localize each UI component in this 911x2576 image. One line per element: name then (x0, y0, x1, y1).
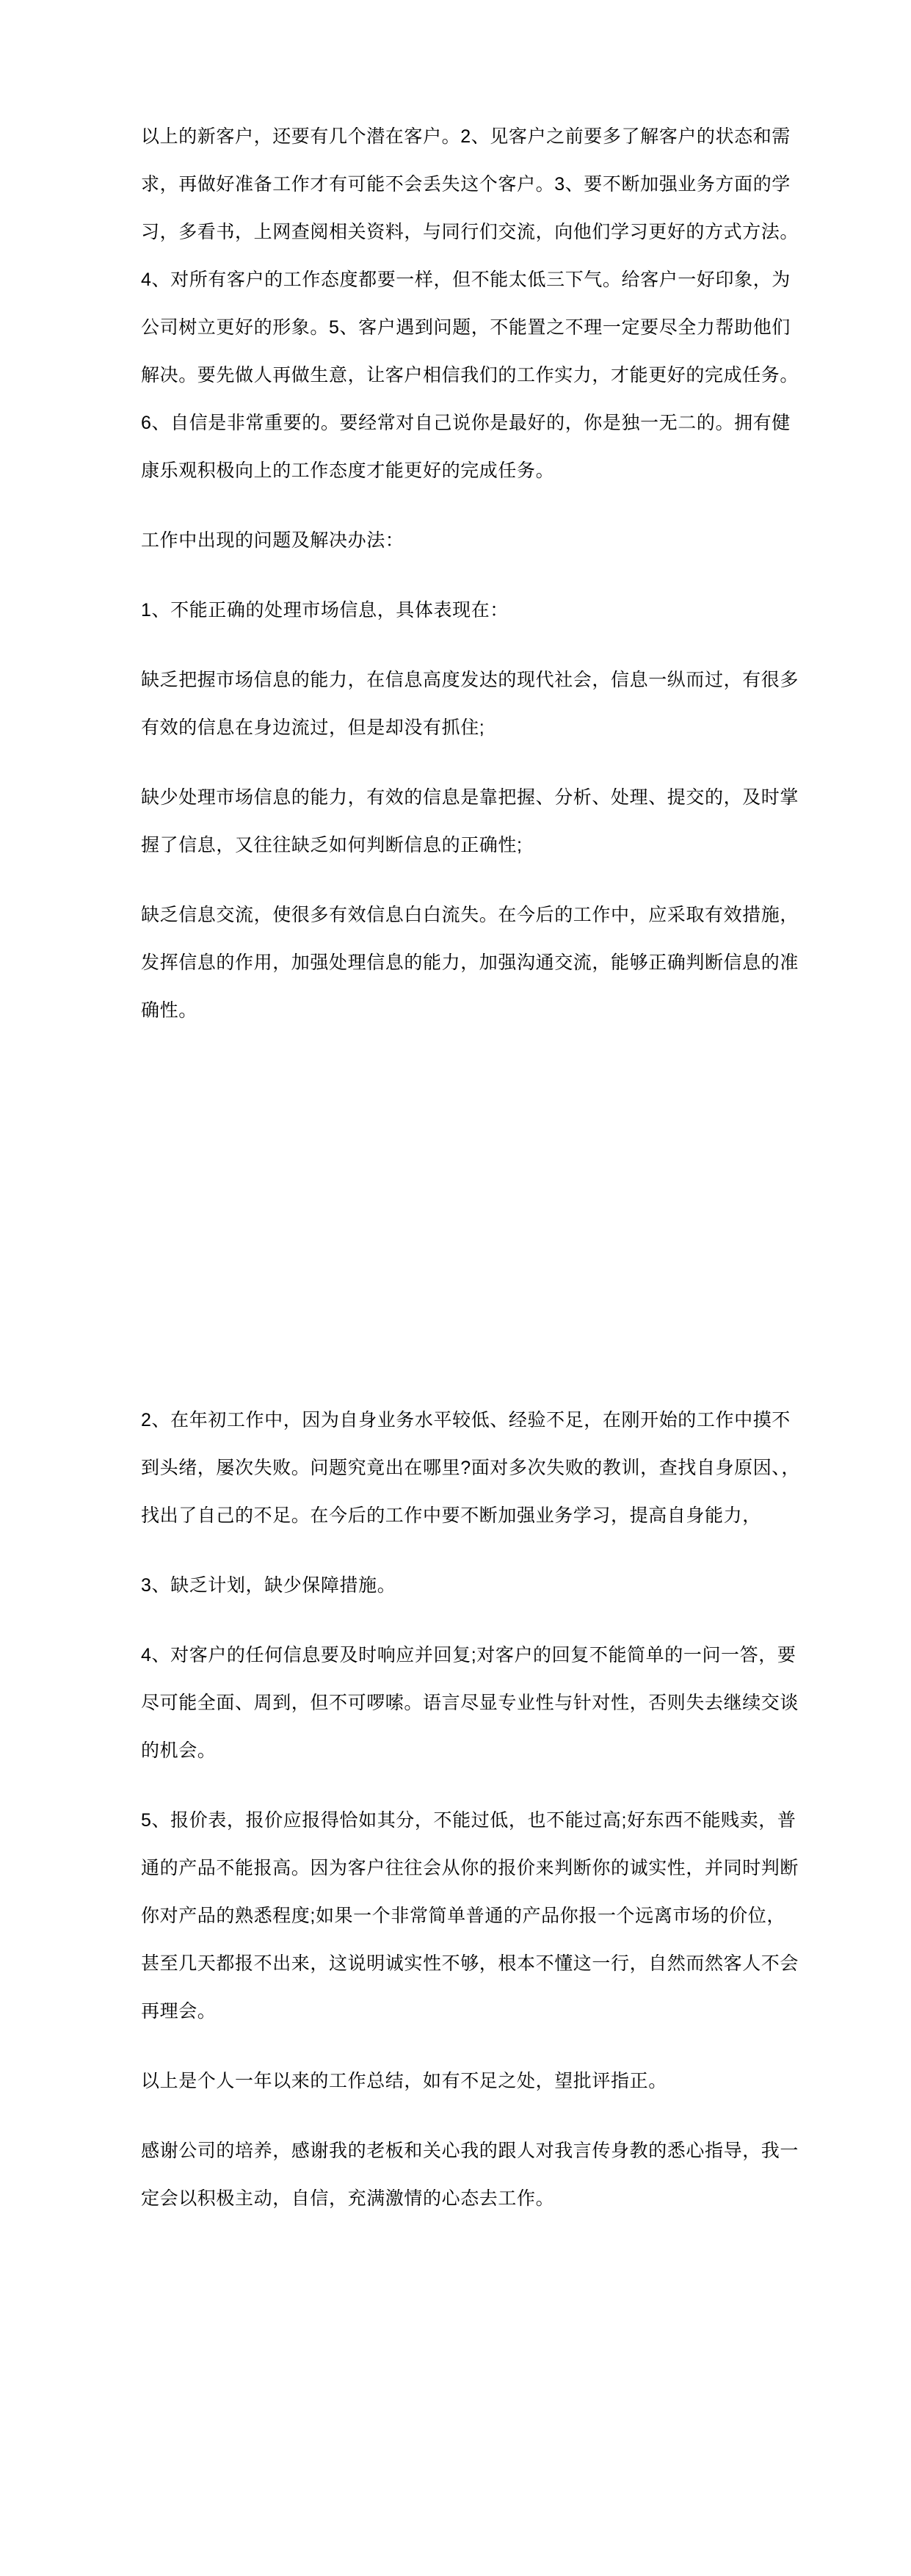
text-line: 到头绪，屡次失败。问题究竟出在哪里?面对多次失败的教训，查找自身原因、， (141, 1444, 816, 1492)
text-line: 4、对客户的任何信息要及时响应并回复;对客户的回复不能简单的一问一答，要 (141, 1632, 816, 1679)
paragraph: 1、不能正确的处理市场信息，具体表现在： (141, 587, 816, 634)
text-line: 定会以积极主动，自信，充满激情的心态去工作。 (141, 2175, 816, 2223)
paragraph: 感谢公司的培养，感谢我的老板和关心我的跟人对我言传身教的悉心指导，我一定会以积极… (141, 2127, 816, 2223)
text-line: 缺乏信息交流，使很多有效信息白白流失。在今后的工作中，应采取有效措施， (141, 891, 816, 939)
paragraph: 工作中出现的问题及解决办法： (141, 517, 816, 565)
paragraph: 5、报价表，报价应报得恰如其分，不能过低，也不能过高;好东西不能贱卖，普通的产品… (141, 1797, 816, 2036)
text-line: 康乐观积极向上的工作态度才能更好的完成任务。 (141, 447, 816, 495)
paragraph: 缺少处理市场信息的能力，有效的信息是靠把握、分析、处理、提交的，及时掌握了信息，… (141, 774, 816, 869)
paragraph: 4、对客户的任何信息要及时响应并回复;对客户的回复不能简单的一问一答，要尽可能全… (141, 1632, 816, 1775)
text-line: 3、缺乏计划，缺少保障措施。 (141, 1562, 816, 1610)
text-line: 的机会。 (141, 1727, 816, 1775)
text-line: 解决。要先做人再做生意，让客户相信我们的工作实力，才能更好的完成任务。 (141, 352, 816, 399)
text-line: 感谢公司的培养，感谢我的老板和关心我的跟人对我言传身教的悉心指导，我一 (141, 2127, 816, 2175)
paragraph: 2、在年初工作中，因为自身业务水平较低、经验不足，在刚开始的工作中摸不到头绪，屡… (141, 1397, 816, 1540)
text-line: 1、不能正确的处理市场信息，具体表现在： (141, 587, 816, 634)
paragraph: 以上是个人一年以来的工作总结，如有不足之处，望批评指正。 (141, 2058, 816, 2105)
text-line: 2、在年初工作中，因为自身业务水平较低、经验不足，在刚开始的工作中摸不 (141, 1397, 816, 1444)
text-line: 6、自信是非常重要的。要经常对自己说你是最好的，你是独一无二的。拥有健 (141, 399, 816, 447)
text-line: 握了信息，又往往缺乏如何判断信息的正确性; (141, 822, 816, 869)
text-line: 4、对所有客户的工作态度都要一样，但不能太低三下气。给客户一好印象，为 (141, 256, 816, 304)
text-line: 你对产品的熟悉程度;如果一个非常简单普通的产品你报一个远离市场的价位， (141, 1892, 816, 1940)
page-break-gap (141, 1057, 816, 1397)
paragraph: 缺乏把握市场信息的能力，在信息高度发达的现代社会，信息一纵而过，有很多有效的信息… (141, 656, 816, 752)
text-line: 找出了自己的不足。在今后的工作中要不断加强业务学习，提高自身能力， (141, 1492, 816, 1540)
text-line: 确性。 (141, 987, 816, 1035)
paragraph: 3、缺乏计划，缺少保障措施。 (141, 1562, 816, 1610)
text-line: 尽可能全面、周到，但不可啰嗦。语言尽显专业性与针对性，否则失去继续交谈 (141, 1679, 816, 1727)
text-line: 发挥信息的作用，加强处理信息的能力，加强沟通交流，能够正确判断信息的准 (141, 939, 816, 987)
text-line: 以上是个人一年以来的工作总结，如有不足之处，望批评指正。 (141, 2058, 816, 2105)
text-line: 工作中出现的问题及解决办法： (141, 517, 816, 565)
document-page: { "page": { "background_color": "#ffffff… (0, 0, 911, 2576)
paragraph: 以上的新客户，还要有几个潜在客户。2、见客户之前要多了解客户的状态和需求，再做好… (141, 113, 816, 495)
text-line: 以上的新客户，还要有几个潜在客户。2、见客户之前要多了解客户的状态和需 (141, 113, 816, 161)
text-line: 再理会。 (141, 1988, 816, 2036)
text-line: 甚至几天都报不出来，这说明诚实性不够，根本不懂这一行，自然而然客人不会 (141, 1940, 816, 1988)
text-line: 缺乏把握市场信息的能力，在信息高度发达的现代社会，信息一纵而过，有很多 (141, 656, 816, 704)
text-line: 5、报价表，报价应报得恰如其分，不能过低，也不能过高;好东西不能贱卖，普 (141, 1797, 816, 1845)
text-line: 公司树立更好的形象。5、客户遇到问题，不能置之不理一定要尽全力帮助他们 (141, 304, 816, 352)
text-line: 缺少处理市场信息的能力，有效的信息是靠把握、分析、处理、提交的，及时掌 (141, 774, 816, 822)
text-line: 通的产品不能报高。因为客户往往会从你的报价来判断你的诚实性，并同时判断 (141, 1845, 816, 1892)
text-line: 求，再做好准备工作才有可能不会丢失这个客户。3、要不断加强业务方面的学 (141, 161, 816, 209)
text-line: 有效的信息在身边流过，但是却没有抓住; (141, 704, 816, 752)
text-line: 习，多看书，上网查阅相关资料，与同行们交流，向他们学习更好的方式方法。 (141, 209, 816, 256)
document-body: 以上的新客户，还要有几个潜在客户。2、见客户之前要多了解客户的状态和需求，再做好… (141, 0, 816, 2245)
paragraph: 缺乏信息交流，使很多有效信息白白流失。在今后的工作中，应采取有效措施，发挥信息的… (141, 891, 816, 1035)
